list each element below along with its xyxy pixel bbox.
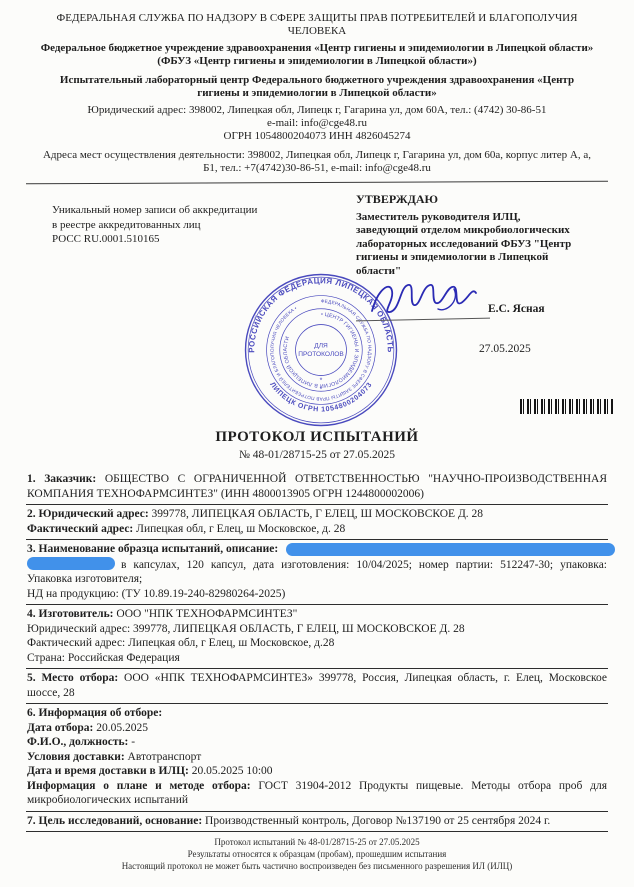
testing-lab-center-name: Испытательный лабораторный центр Федерал… [30, 74, 604, 100]
section-sampling-info: 6. Информация об отборе: Дата отбора: 20… [26, 703, 608, 811]
accreditation-number: РОСС RU.0001.510165 [52, 232, 257, 247]
activity-addresses: Адреса мест осуществления деятельности: … [30, 149, 604, 175]
section-sample-name: 3. Наименование образца испытаний, описа… [26, 539, 608, 604]
section-sampling-place: 5. Место отбора: ООО «НПК ТЕХНОФАРМСИНТЕ… [26, 668, 608, 703]
section-manufacturer: 4. Изготовитель: ООО "НПК ТЕХНОФАРМСИНТЕ… [26, 604, 608, 668]
legal-address: Юридический адрес: 398002, Липецкая обл,… [30, 104, 604, 117]
barcode [520, 399, 614, 414]
protocol-number: № 48-01/28715-25 от 27.05.2025 [0, 449, 634, 461]
svg-text:*: * [320, 386, 323, 393]
redaction-bar-2 [27, 557, 115, 570]
signer-name: Е.С. Ясная [488, 303, 545, 315]
agency-name: ФЕДЕРАЛЬНАЯ СЛУЖБА ПО НАДЗОРУ В СФЕРЕ ЗА… [30, 12, 604, 38]
section-customer: 1. Заказчик: ОБЩЕСТВО С ОГРАНИЧЕННОЙ ОТВ… [26, 470, 608, 504]
letterhead: ФЕДЕРАЛЬНАЯ СЛУЖБА ПО НАДЗОРУ В СФЕРЕ ЗА… [0, 0, 634, 175]
approval-area: Уникальный номер записи об аккредитации … [0, 183, 634, 427]
approval-block: УТВЕРЖДАЮ Заместитель руководителя ИЛЦ, … [356, 193, 602, 278]
document-title: ПРОТОКОЛ ИСПЫТАНИЙ [0, 429, 634, 446]
svg-text:ДЛЯ: ДЛЯ [314, 342, 328, 349]
approval-title: УТВЕРЖДАЮ [356, 193, 602, 207]
document-title-block: ПРОТОКОЛ ИСПЫТАНИЙ № 48-01/28715-25 от 2… [0, 429, 634, 461]
page-footer: Протокол испытаний № 48-01/28715-25 от 2… [0, 836, 634, 872]
redaction-bar-1 [286, 543, 615, 556]
ogrn-inn: ОГРН 1054800204073 ИНН 4826045274 [30, 130, 604, 143]
approval-date: 27.05.2025 [479, 343, 531, 355]
protocol-document-page: ФЕДЕРАЛЬНАЯ СЛУЖБА ПО НАДЗОРУ В СФЕРЕ ЗА… [0, 0, 634, 887]
organization-name: Федеральное бюджетное учреждение здравоо… [30, 42, 604, 68]
svg-text:ПРОТОКОЛОВ: ПРОТОКОЛОВ [298, 351, 344, 358]
email: e-mail: info@cge48.ru [30, 117, 604, 130]
section-legal-address: 2. Юридический адрес: 399778, ЛИПЕЦКАЯ О… [26, 504, 608, 539]
section-purpose: 7. Цель исследований, основание: Произво… [26, 811, 608, 833]
svg-text:*: * [320, 377, 323, 384]
accreditation-record: Уникальный номер записи об аккредитации … [52, 203, 257, 247]
signature [368, 279, 480, 321]
protocol-sections: 1. Заказчик: ОБЩЕСТВО С ОГРАНИЧЕННОЙ ОТВ… [26, 470, 608, 832]
